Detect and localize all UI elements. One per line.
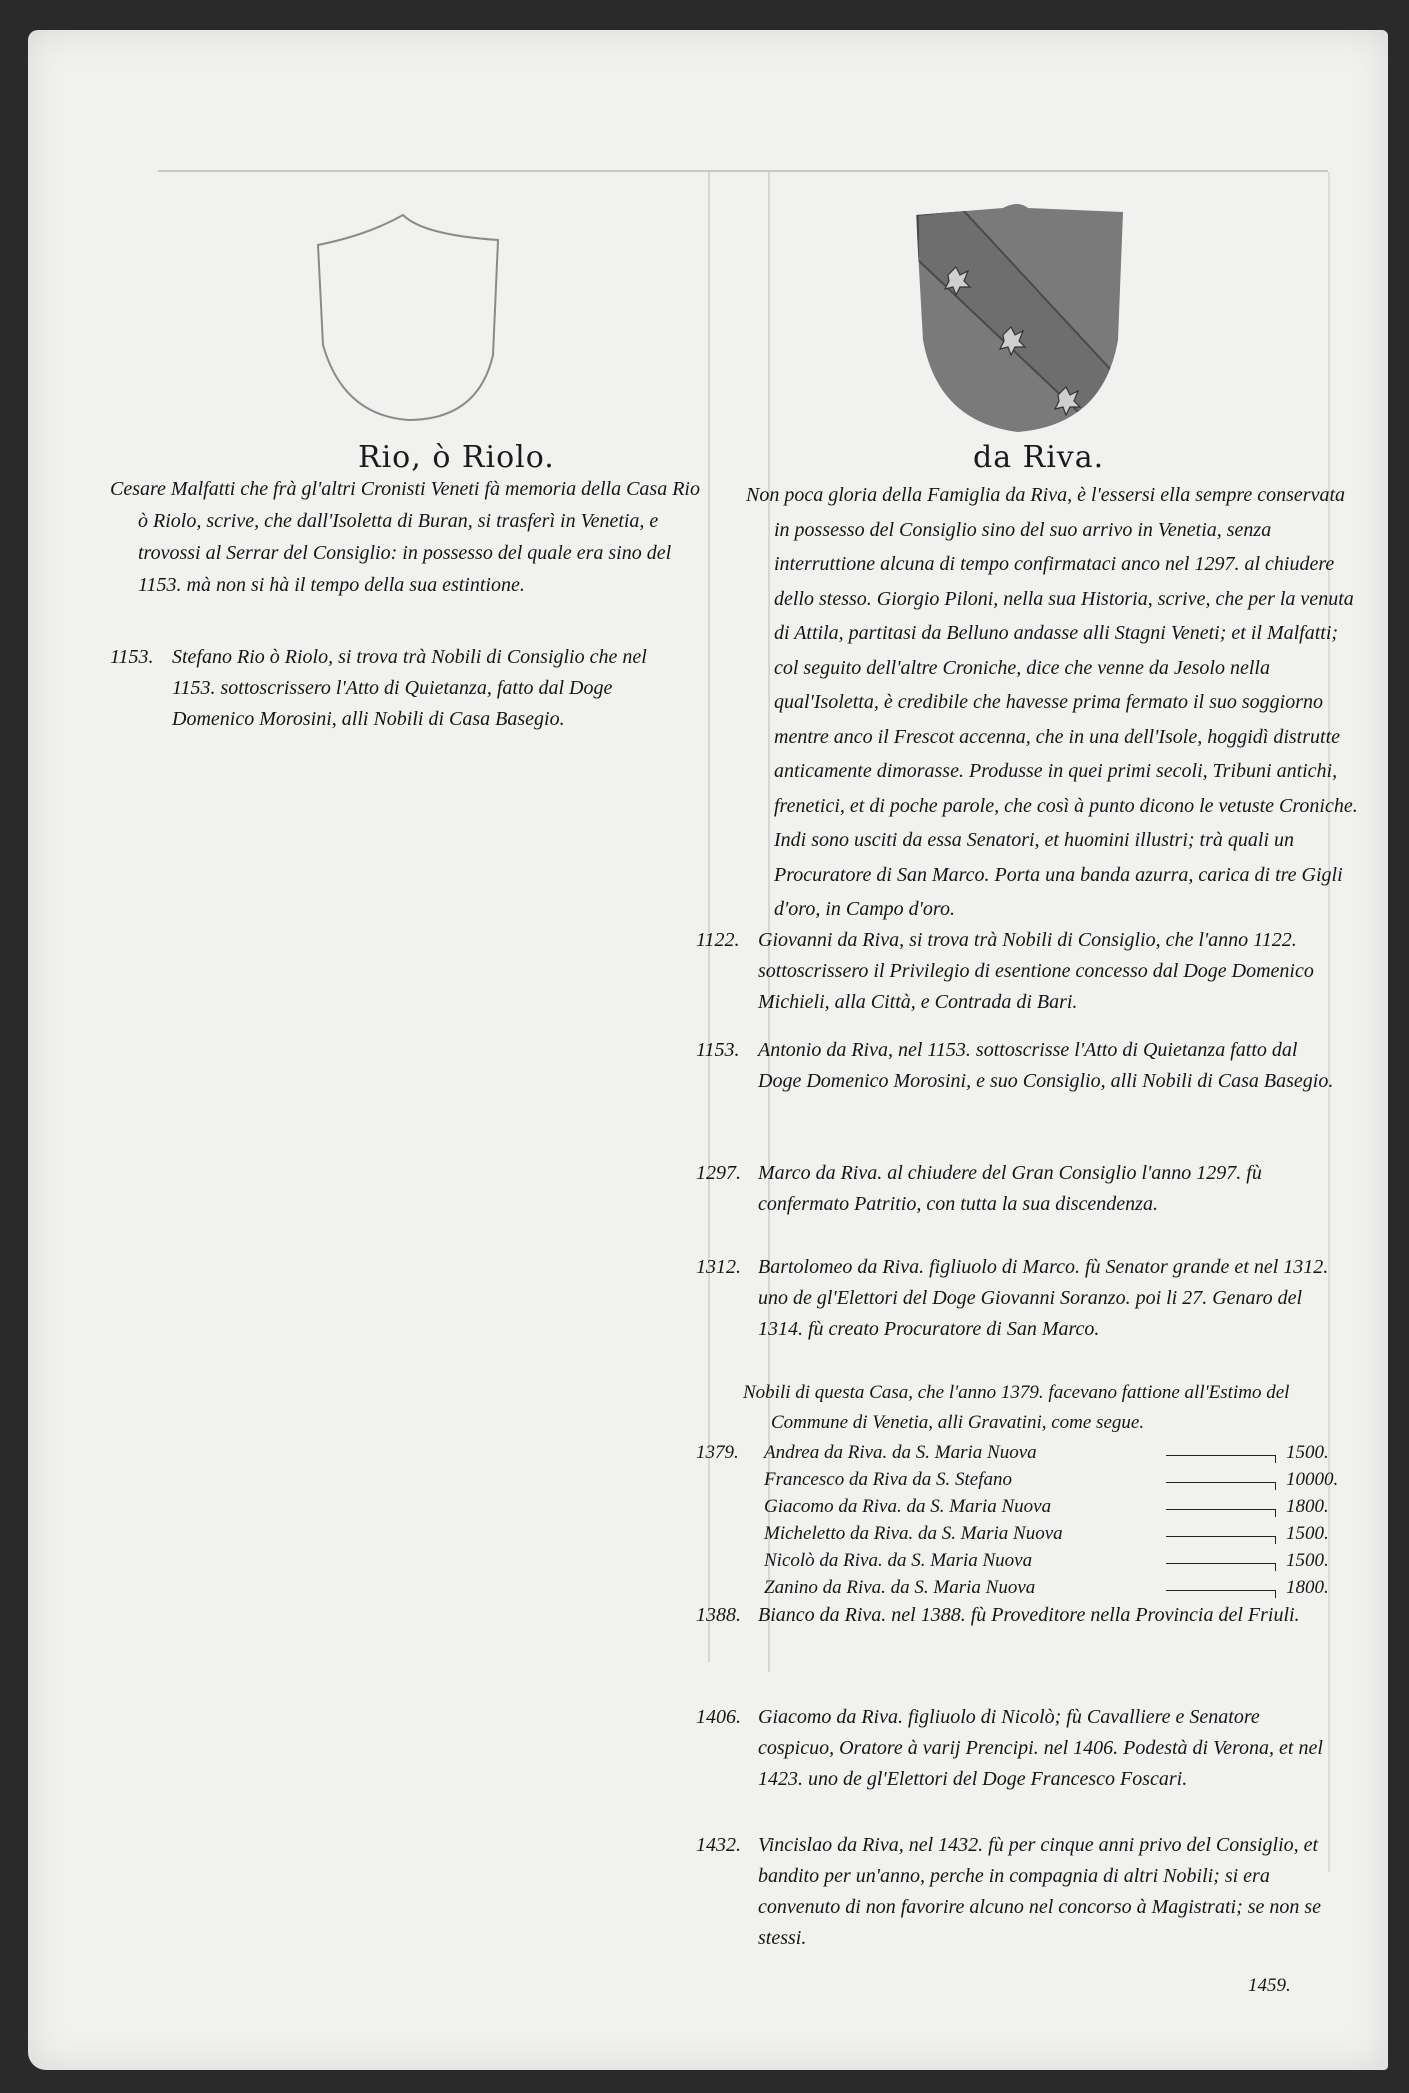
estimo-amount: 1500. [1286,1442,1329,1464]
entry-text: Stefano Rio ò Riolo, si trova trà Nobili… [172,642,690,735]
entry-text: Bianco da Riva. nel 1388. fù Proveditore… [758,1600,1336,1631]
entry-year: 1406. [696,1702,756,1733]
entry-year: 1122. [696,925,756,956]
leader-line [1166,1590,1276,1591]
entry-text: Vincislao da Riva, nel 1432. fù per cinq… [758,1830,1336,1954]
riva-entry: 1297. Marco da Riva. al chiudere del Gra… [696,1158,1336,1220]
rio-entry: 1153. Stefano Rio ò Riolo, si trova trà … [110,642,690,735]
estimo-amount: 1500. [1286,1550,1329,1572]
entry-text: Marco da Riva. al chiudere del Gran Cons… [758,1158,1336,1220]
leader-line [1166,1509,1276,1510]
entry-year: 1297. [696,1158,756,1189]
estimo-name: Francesco da Riva da S. Stefano [764,1469,1012,1491]
entry-year: 1312. [696,1252,756,1283]
entry-text: Giovanni da Riva, si trova trà Nobili di… [758,925,1336,1018]
estimo-amount: 10000. [1286,1469,1338,1491]
riva-entry: 1388. Bianco da Riva. nel 1388. fù Prove… [696,1600,1336,1631]
estimo-amount: 1800. [1286,1577,1329,1599]
estimo-row: Giacomo da Riva. da S. Maria Nuova 1800. [696,1496,1336,1523]
estimo-name: Micheletto da Riva. da S. Maria Nuova [764,1523,1063,1545]
entry-text: Antonio da Riva, nel 1153. sottoscrisse … [758,1035,1336,1097]
page-number: 1459. [1248,1975,1291,1997]
estimo-row: Francesco da Riva da S. Stefano 10000. [696,1469,1336,1496]
top-ruled-line [158,170,1328,172]
rio-intro-paragraph: Cesare Malfatti che frà gl'altri Cronist… [110,473,713,601]
estimo-year: 1379. [696,1442,748,1464]
entry-year: 1153. [696,1035,756,1066]
estimo-name: Giacomo da Riva. da S. Maria Nuova [764,1496,1051,1518]
entry-text: Bartolomeo da Riva. figliuolo di Marco. … [758,1252,1336,1345]
entry-year: 1153. [110,642,170,673]
estimo-table: 1379. Andrea da Riva. da S. Maria Nuova … [696,1442,1336,1604]
estimo-row: Nicolò da Riva. da S. Maria Nuova 1500. [696,1550,1336,1577]
empty-shield-icon [298,205,528,435]
column-rule [708,172,710,1662]
entry-year: 1388. [696,1600,756,1631]
estimo-name: Andrea da Riva. da S. Maria Nuova [764,1442,1037,1464]
estimo-name: Zanino da Riva. da S. Maria Nuova [764,1577,1035,1599]
leader-line [1166,1536,1276,1537]
entry-text: Giacomo da Riva. figliuolo di Nicolò; fù… [758,1702,1336,1795]
estimo-intro: Nobili di questa Casa, che l'anno 1379. … [743,1378,1351,1438]
riva-entry: 1432. Vincislao da Riva, nel 1432. fù pe… [696,1830,1336,1954]
entry-year: 1432. [696,1830,756,1861]
estimo-amount: 1500. [1286,1523,1329,1545]
riva-entry: 1153. Antonio da Riva, nel 1153. sottosc… [696,1035,1336,1097]
estimo-name: Nicolò da Riva. da S. Maria Nuova [764,1550,1032,1572]
riva-entry: 1122. Giovanni da Riva, si trova trà Nob… [696,925,1336,1018]
manuscript-page: Rio, ò Riolo. da Riva. Cesare Malfatti c… [28,30,1388,2070]
leader-line [1166,1563,1276,1564]
riva-entry: 1406. Giacomo da Riva. figliuolo di Nico… [696,1702,1336,1795]
family-title-rio: Rio, ò Riolo. [358,440,555,475]
leader-line [1166,1482,1276,1483]
estimo-row: Micheletto da Riva. da S. Maria Nuova 15… [696,1523,1336,1550]
estimo-row: 1379. Andrea da Riva. da S. Maria Nuova … [696,1442,1336,1469]
leader-line [1166,1455,1276,1456]
riva-intro-paragraph: Non poca gloria della Famiglia da Riva, … [746,478,1359,927]
estimo-amount: 1800. [1286,1496,1329,1518]
coat-of-arms-riva-icon [908,200,1138,440]
family-title-riva: da Riva. [973,440,1104,475]
riva-entry: 1312. Bartolomeo da Riva. figliuolo di M… [696,1252,1336,1345]
